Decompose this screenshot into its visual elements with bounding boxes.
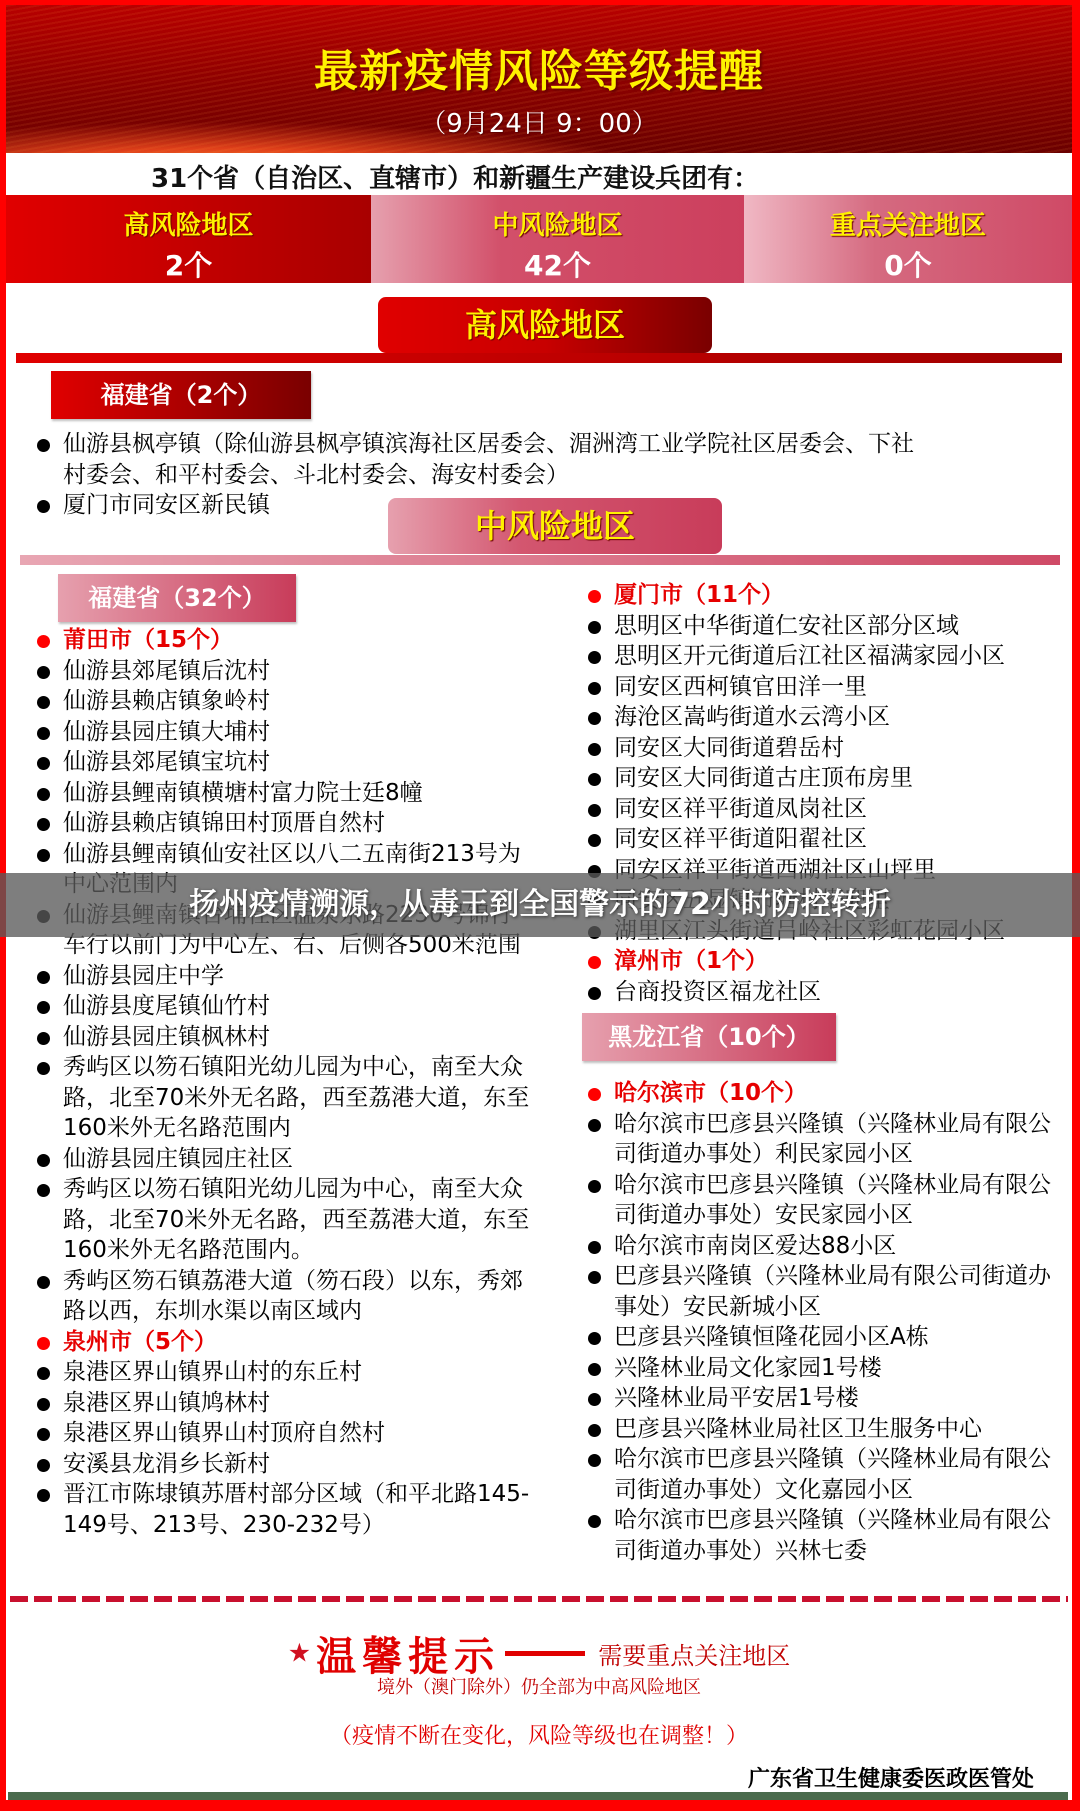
list-item: 泉港区界山镇界山村的东丘村 [35,1357,535,1388]
mid-risk-divider [20,555,1060,565]
list-item: 哈尔滨市巴彦县兴隆镇（兴隆林业局有限公司街道办事处）兴林七委 [586,1505,1066,1566]
tip-note: 境外（澳门除外）仍全部为中高风险地区 [6,1673,1072,1699]
city-heading: 厦门市（11个） [586,580,1066,611]
list-item: 秀屿区笏石镇荔港大道（笏石段）以东，秀郊路以西，东圳水渠以南区域内 [35,1266,535,1327]
list-item: 哈尔滨市巴彦县兴隆镇（兴隆林业局有限公司街道办事处）文化嘉园小区 [586,1444,1066,1505]
province-tag-heilongjiang: 黑龙江省（10个） [582,1013,836,1061]
list-item: 秀屿区以笏石镇阳光幼儿园为中心，南至大众路，北至70米外无名路，西至荔港大道，东… [35,1174,535,1266]
list-item: 巴彦县兴隆镇（兴隆林业局有限公司街道办事处）安民新城小区 [586,1261,1066,1322]
list-item: 同安区西柯镇官田洋一里 [586,672,1066,703]
list-item: 海沧区嵩屿街道水云湾小区 [586,702,1066,733]
list-item: 思明区开元街道后江社区福满家园小区 [586,641,1066,672]
province-tag-fujian-high: 福建省（2个） [51,371,311,419]
city-heading: 莆田市（15个） [35,625,535,656]
list-item: 哈尔滨市南岗区爱达88小区 [586,1231,1066,1262]
list-item: 仙游县园庄镇枫林村 [35,1022,535,1053]
list-item: 台商投资区福龙社区 [586,977,1066,1008]
overlay-headline: 扬州疫情溯源，从毒王到全国警示的72小时防控转折 [0,873,1080,937]
city-heading: 漳州市（1个） [586,946,1066,977]
list-item: 仙游县枫亭镇（除仙游县枫亭镇滨海社区居委会、湄洲湾工业学院社区居委会、下社村委会… [35,429,935,490]
list-item: 同安区祥平街道阳翟社区 [586,824,1066,855]
list-item: 安溪县龙涓乡长新村 [35,1449,535,1480]
list-item: 仙游县园庄中学 [35,961,535,992]
mid-risk-list-left: 莆田市（15个）仙游县郊尾镇后沈村仙游县赖店镇象岭村仙游县园庄镇大埔村仙游县郊尾… [35,625,535,1540]
stat-count: 0个 [744,244,1072,284]
stat-high-risk: 高风险地区 2个 [6,195,371,283]
stat-mid-risk: 中风险地区 42个 [371,195,744,283]
list-item: 哈尔滨市巴彦县兴隆镇（兴隆林业局有限公司街道办事处）利民家园小区 [586,1109,1066,1170]
list-item: 仙游县鲤南镇横塘村富力院士廷8幢 [35,778,535,809]
dashed-divider [10,1596,1068,1602]
list-item: 晋江市陈埭镇苏厝村部分区域（和平北路145-149号、213号、230-232号… [35,1479,535,1540]
city-heading: 哈尔滨市（10个） [586,1078,1066,1109]
list-item: 泉港区界山镇界山村顶府自然村 [35,1418,535,1449]
mid-risk-list-heilongjiang: 哈尔滨市（10个）哈尔滨市巴彦县兴隆镇（兴隆林业局有限公司街道办事处）利民家园小… [586,1078,1066,1566]
mid-risk-list-right: 厦门市（11个）思明区中华街道仁安社区部分区域思明区开元街道后江社区福满家园小区… [586,580,1066,1007]
list-item: 兴隆林业局文化家园1号楼 [586,1353,1066,1384]
stat-label: 高风险地区 [6,205,371,242]
risk-stats: 高风险地区 2个 中风险地区 42个 重点关注地区 0个 [6,195,1072,283]
list-item: 巴彦县兴隆林业局社区卫生服务中心 [586,1414,1066,1445]
list-item: 秀屿区以笏石镇阳光幼儿园为中心，南至大众路，北至70米外无名路，西至荔港大道，东… [35,1052,535,1144]
list-item: 同安区大同街道碧岳村 [586,733,1066,764]
list-item: 仙游县赖店镇象岭村 [35,686,535,717]
stat-label: 中风险地区 [371,205,744,242]
list-item: 仙游县度尾镇仙竹村 [35,991,535,1022]
list-item: 仙游县园庄镇大埔村 [35,717,535,748]
list-item: 仙游县郊尾镇后沈村 [35,656,535,687]
province-tag-fujian-mid: 福建省（32个） [58,574,296,622]
list-item: 泉港区界山镇鸠林村 [35,1388,535,1419]
high-risk-divider [16,353,1062,363]
mid-risk-banner: 中风险地区 [388,498,722,554]
stat-label: 重点关注地区 [744,205,1072,242]
update-datetime: （9月24日 9：00） [6,103,1072,140]
stat-count: 42个 [371,244,744,284]
list-item: 同安区祥平街道凤岗社区 [586,794,1066,825]
list-item: 仙游县赖店镇锦田村顶厝自然村 [35,808,535,839]
tip-dash-line [505,1651,585,1656]
stat-count: 2个 [6,244,371,284]
header-hero: 最新疫情风险等级提醒 （9月24日 9：00） [6,5,1072,153]
issuer-signature: 广东省卫生健康委医政医管处 [748,1762,1034,1793]
city-heading: 泉州市（5个） [35,1327,535,1358]
list-item: 仙游县园庄镇园庄社区 [35,1144,535,1175]
page-title: 最新疫情风险等级提醒 [6,35,1072,99]
list-item: 兴隆林业局平安居1号楼 [586,1383,1066,1414]
tip-change-notice: （疫情不断在变化，风险等级也在调整！） [6,1719,1072,1750]
summary-line: 31个省（自治区、直辖市）和新疆生产建设兵团有： [151,158,759,195]
list-item: 思明区中华街道仁安社区部分区域 [586,611,1066,642]
stat-focus-area: 重点关注地区 0个 [744,195,1072,283]
list-item: 同安区大同街道古庄顶布房里 [586,763,1066,794]
list-item: 仙游县郊尾镇宝坑村 [35,747,535,778]
tip-subtitle: 需要重点关注地区 [598,1642,790,1670]
headline-overlay: 扬州疫情溯源，从毒王到全国警示的72小时防控转折 [0,873,1080,937]
list-item: 巴彦县兴隆镇恒隆花园小区A栋 [586,1322,1066,1353]
bottom-strip [8,1792,1068,1800]
high-risk-banner: 高风险地区 [378,297,712,353]
list-item: 哈尔滨市巴彦县兴隆镇（兴隆林业局有限公司街道办事处）安民家园小区 [586,1170,1066,1231]
star-icon: ★ [288,1639,311,1669]
